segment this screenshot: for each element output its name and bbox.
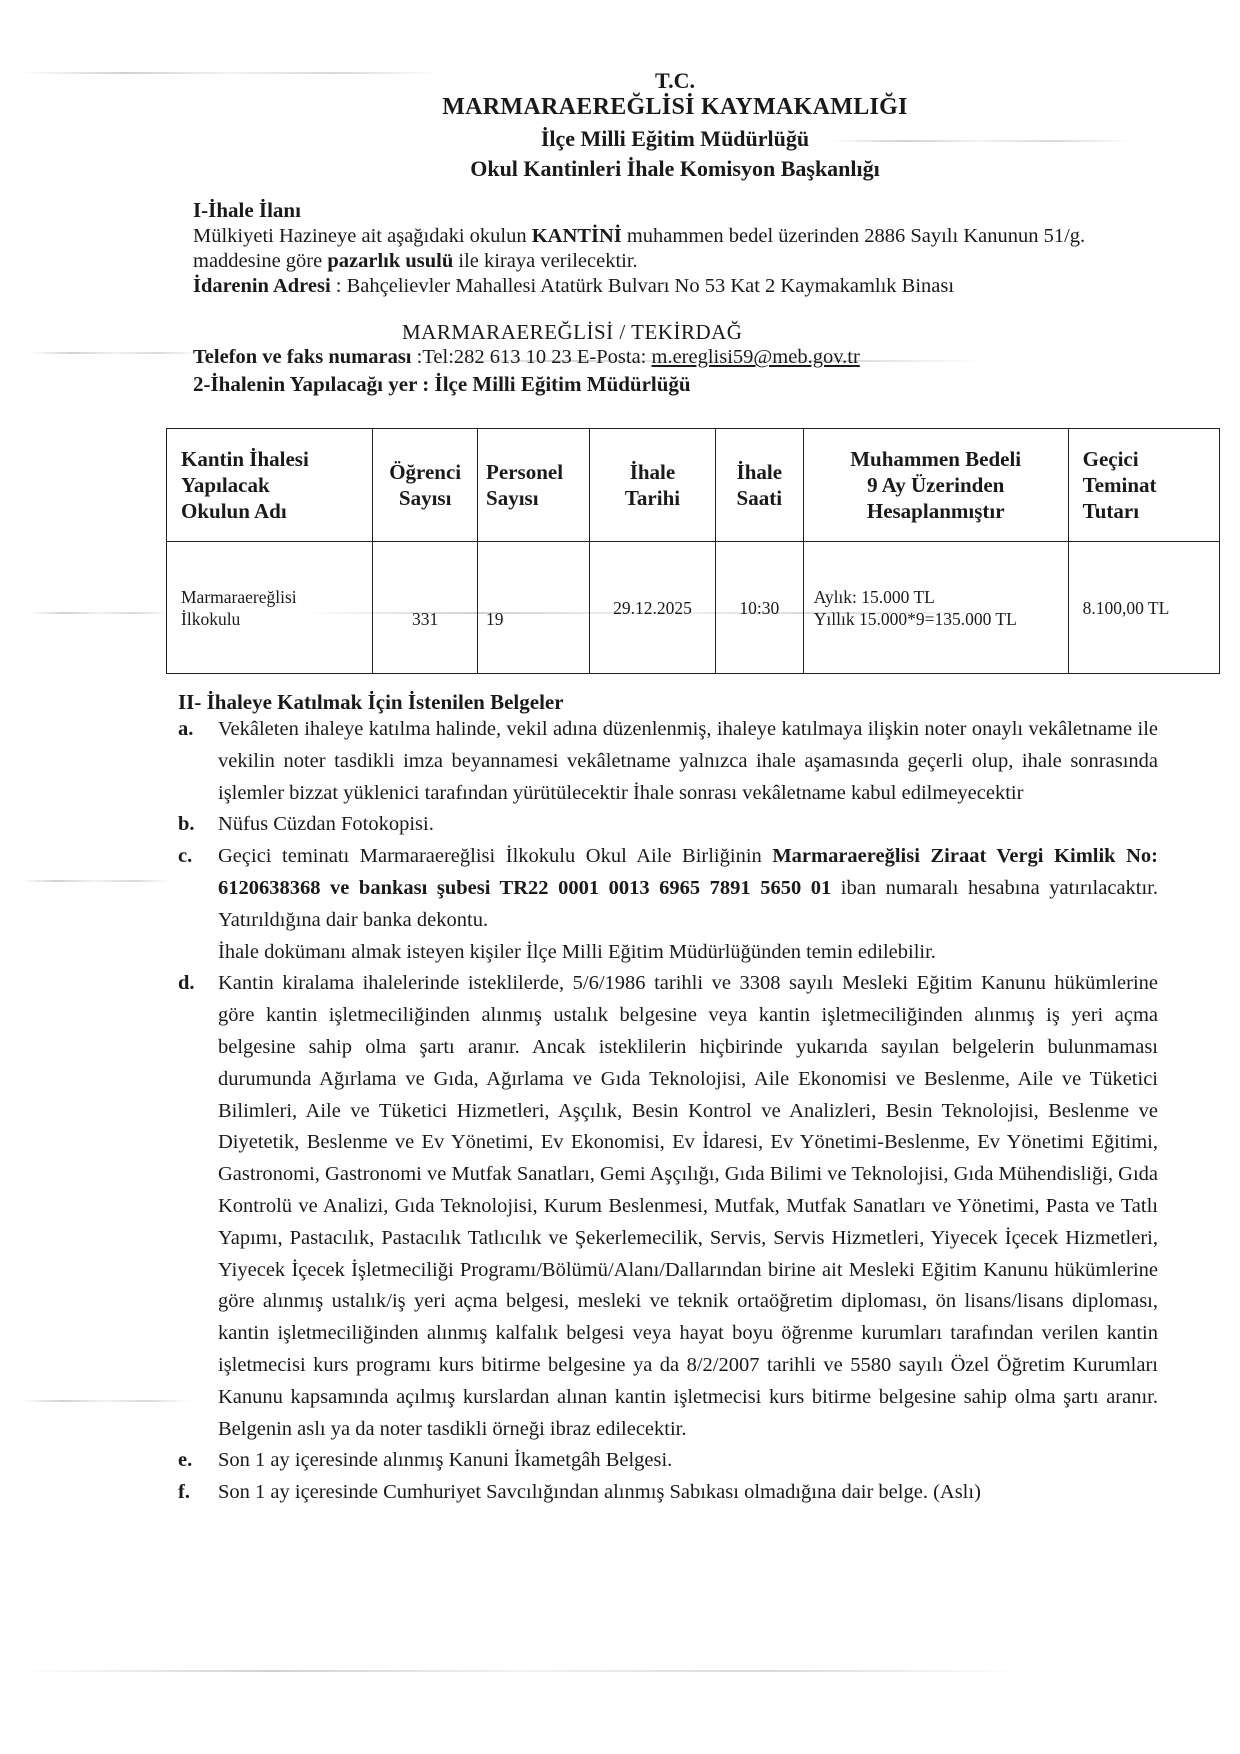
email-link[interactable]: m.ereglisi59@meb.gov.tr bbox=[652, 346, 860, 368]
list-item-f: f. Son 1 ay içeresinde Cumhuriyet Savcıl… bbox=[178, 1477, 1158, 1509]
address-line1: Bahçelievler Mahallesi Atatürk Bulvarı N… bbox=[347, 275, 954, 297]
phone-label: Telefon ve faks numarası bbox=[193, 346, 412, 368]
item-marker: e. bbox=[178, 1445, 192, 1477]
item-text: Kantin kiralama ihalelerinde isteklilerd… bbox=[218, 968, 1158, 1445]
list-item-e: e. Son 1 ay içeresinde alınmış Kanuni İk… bbox=[178, 1445, 1158, 1477]
cell-students: 331 bbox=[373, 542, 478, 674]
document-page: T.C. MARMARAEREĞLİSİ KAYMAKAMLIĞI İlçe M… bbox=[0, 0, 1240, 1754]
intro-text-1: Mülkiyeti Hazineye ait aşağıdaki okulun bbox=[193, 225, 532, 247]
scan-streak bbox=[20, 1400, 190, 1402]
header-tc: T.C. bbox=[55, 68, 1240, 94]
scan-streak bbox=[30, 612, 170, 614]
requirements-list: a. Vekâleten ihaleye katılma halinde, ve… bbox=[178, 714, 1158, 1509]
col-header-school: Kantin İhalesi Yapılacak Okulun Adı bbox=[167, 429, 373, 542]
list-item-b: b. Nüfus Cüzdan Fotokopisi. bbox=[178, 809, 1158, 841]
item-text: Geçici teminatı Marmaraereğlisi İlkokulu… bbox=[218, 841, 1158, 936]
address-separator: : bbox=[331, 275, 347, 297]
table-row: Marmaraereğlisi İlkokulu 331 19 29.12.20… bbox=[167, 542, 1220, 674]
item-text: Nüfus Cüzdan Fotokopisi. bbox=[218, 809, 1158, 841]
section1-intro: Mülkiyeti Hazineye ait aşağıdaki okulun … bbox=[193, 224, 1153, 274]
venue-row: 2-İhalenin Yapılacağı yer : İlçe Milli E… bbox=[193, 372, 691, 397]
tender-table: Kantin İhalesi Yapılacak Okulun Adı Öğre… bbox=[166, 428, 1220, 674]
address-label: İdarenin Adresi bbox=[193, 275, 331, 297]
item-marker: b. bbox=[178, 809, 195, 841]
section1-title: I-İhale İlanı bbox=[193, 198, 1153, 223]
address-line2: MARMARAEREĞLİSİ / TEKİRDAĞ bbox=[402, 320, 742, 345]
cell-estimated: Aylık: 15.000 TL Yıllık 15.000*9=135.000… bbox=[803, 542, 1068, 674]
intro-text-3: ile kiraya verilecektir. bbox=[453, 250, 637, 272]
item-marker: c. bbox=[178, 841, 192, 873]
col-header-deposit: Geçici Teminat Tutarı bbox=[1068, 429, 1219, 542]
cell-school: Marmaraereğlisi İlkokulu bbox=[167, 542, 373, 674]
phone-value: :Tel:282 613 10 23 E-Posta: bbox=[412, 346, 652, 368]
cell-staff: 19 bbox=[478, 542, 590, 674]
item-marker: d. bbox=[178, 968, 195, 1000]
estimated-monthly: Aylık: 15.000 TL bbox=[814, 586, 1067, 608]
item-text: Son 1 ay içeresinde alınmış Kanuni İkame… bbox=[218, 1445, 1158, 1477]
section2-title: II- İhaleye Katılmak İçin İstenilen Belg… bbox=[178, 690, 564, 715]
venue-value: : İlçe Milli Eğitim Müdürlüğü bbox=[417, 372, 691, 396]
header-mudurluk: İlçe Milli Eğitim Müdürlüğü bbox=[55, 126, 1240, 152]
col-header-estimated: Muhammen Bedeli 9 Ay Üzerinden Hesaplanm… bbox=[803, 429, 1068, 542]
col-header-date: İhale Tarihi bbox=[590, 429, 716, 542]
list-item-c: c. Geçici teminatı Marmaraereğlisi İlkok… bbox=[178, 841, 1158, 968]
header-kaymakamlik: MARMARAEREĞLİSİ KAYMAKAMLIĞI bbox=[55, 94, 1240, 121]
item-marker: a. bbox=[178, 714, 193, 746]
list-item-d: d. Kantin kiralama ihalelerinde isteklil… bbox=[178, 968, 1158, 1445]
estimated-yearly: Yıllık 15.000*9=135.000 TL bbox=[814, 608, 1067, 630]
item-marker: f. bbox=[178, 1477, 190, 1509]
intro-bold-pazarlik: pazarlık usulü bbox=[327, 250, 453, 272]
col-header-staff: Personel Sayısı bbox=[478, 429, 590, 542]
cell-date: 29.12.2025 bbox=[590, 542, 716, 674]
scan-streak bbox=[20, 1670, 1020, 1672]
cell-deposit: 8.100,00 TL bbox=[1068, 542, 1219, 674]
list-item-a: a. Vekâleten ihaleye katılma halinde, ve… bbox=[178, 714, 1158, 809]
venue-label: 2-İhalenin Yapılacağı yer bbox=[193, 372, 417, 396]
intro-bold-kantini: KANTİNİ bbox=[532, 225, 622, 247]
col-header-students: Öğrenci Sayısı bbox=[373, 429, 478, 542]
contact-row: Telefon ve faks numarası :Tel:282 613 10… bbox=[193, 346, 860, 369]
item-text: Vekâleten ihaleye katılma halinde, vekil… bbox=[218, 714, 1158, 809]
header-komisyon: Okul Kantinleri İhale Komisyon Başkanlığ… bbox=[55, 156, 1240, 182]
scan-streak bbox=[30, 352, 200, 354]
address-row: İdarenin Adresi : Bahçelievler Mahallesi… bbox=[193, 274, 1153, 299]
item-text: Son 1 ay içeresinde Cumhuriyet Savcılığı… bbox=[218, 1477, 1158, 1509]
col-header-time: İhale Saati bbox=[715, 429, 803, 542]
cell-time: 10:30 bbox=[715, 542, 803, 674]
item-extra-text: İhale dokümanı almak isteyen kişiler İlç… bbox=[218, 937, 1158, 969]
table-header-row: Kantin İhalesi Yapılacak Okulun Adı Öğre… bbox=[167, 429, 1220, 542]
scan-streak bbox=[20, 880, 170, 882]
